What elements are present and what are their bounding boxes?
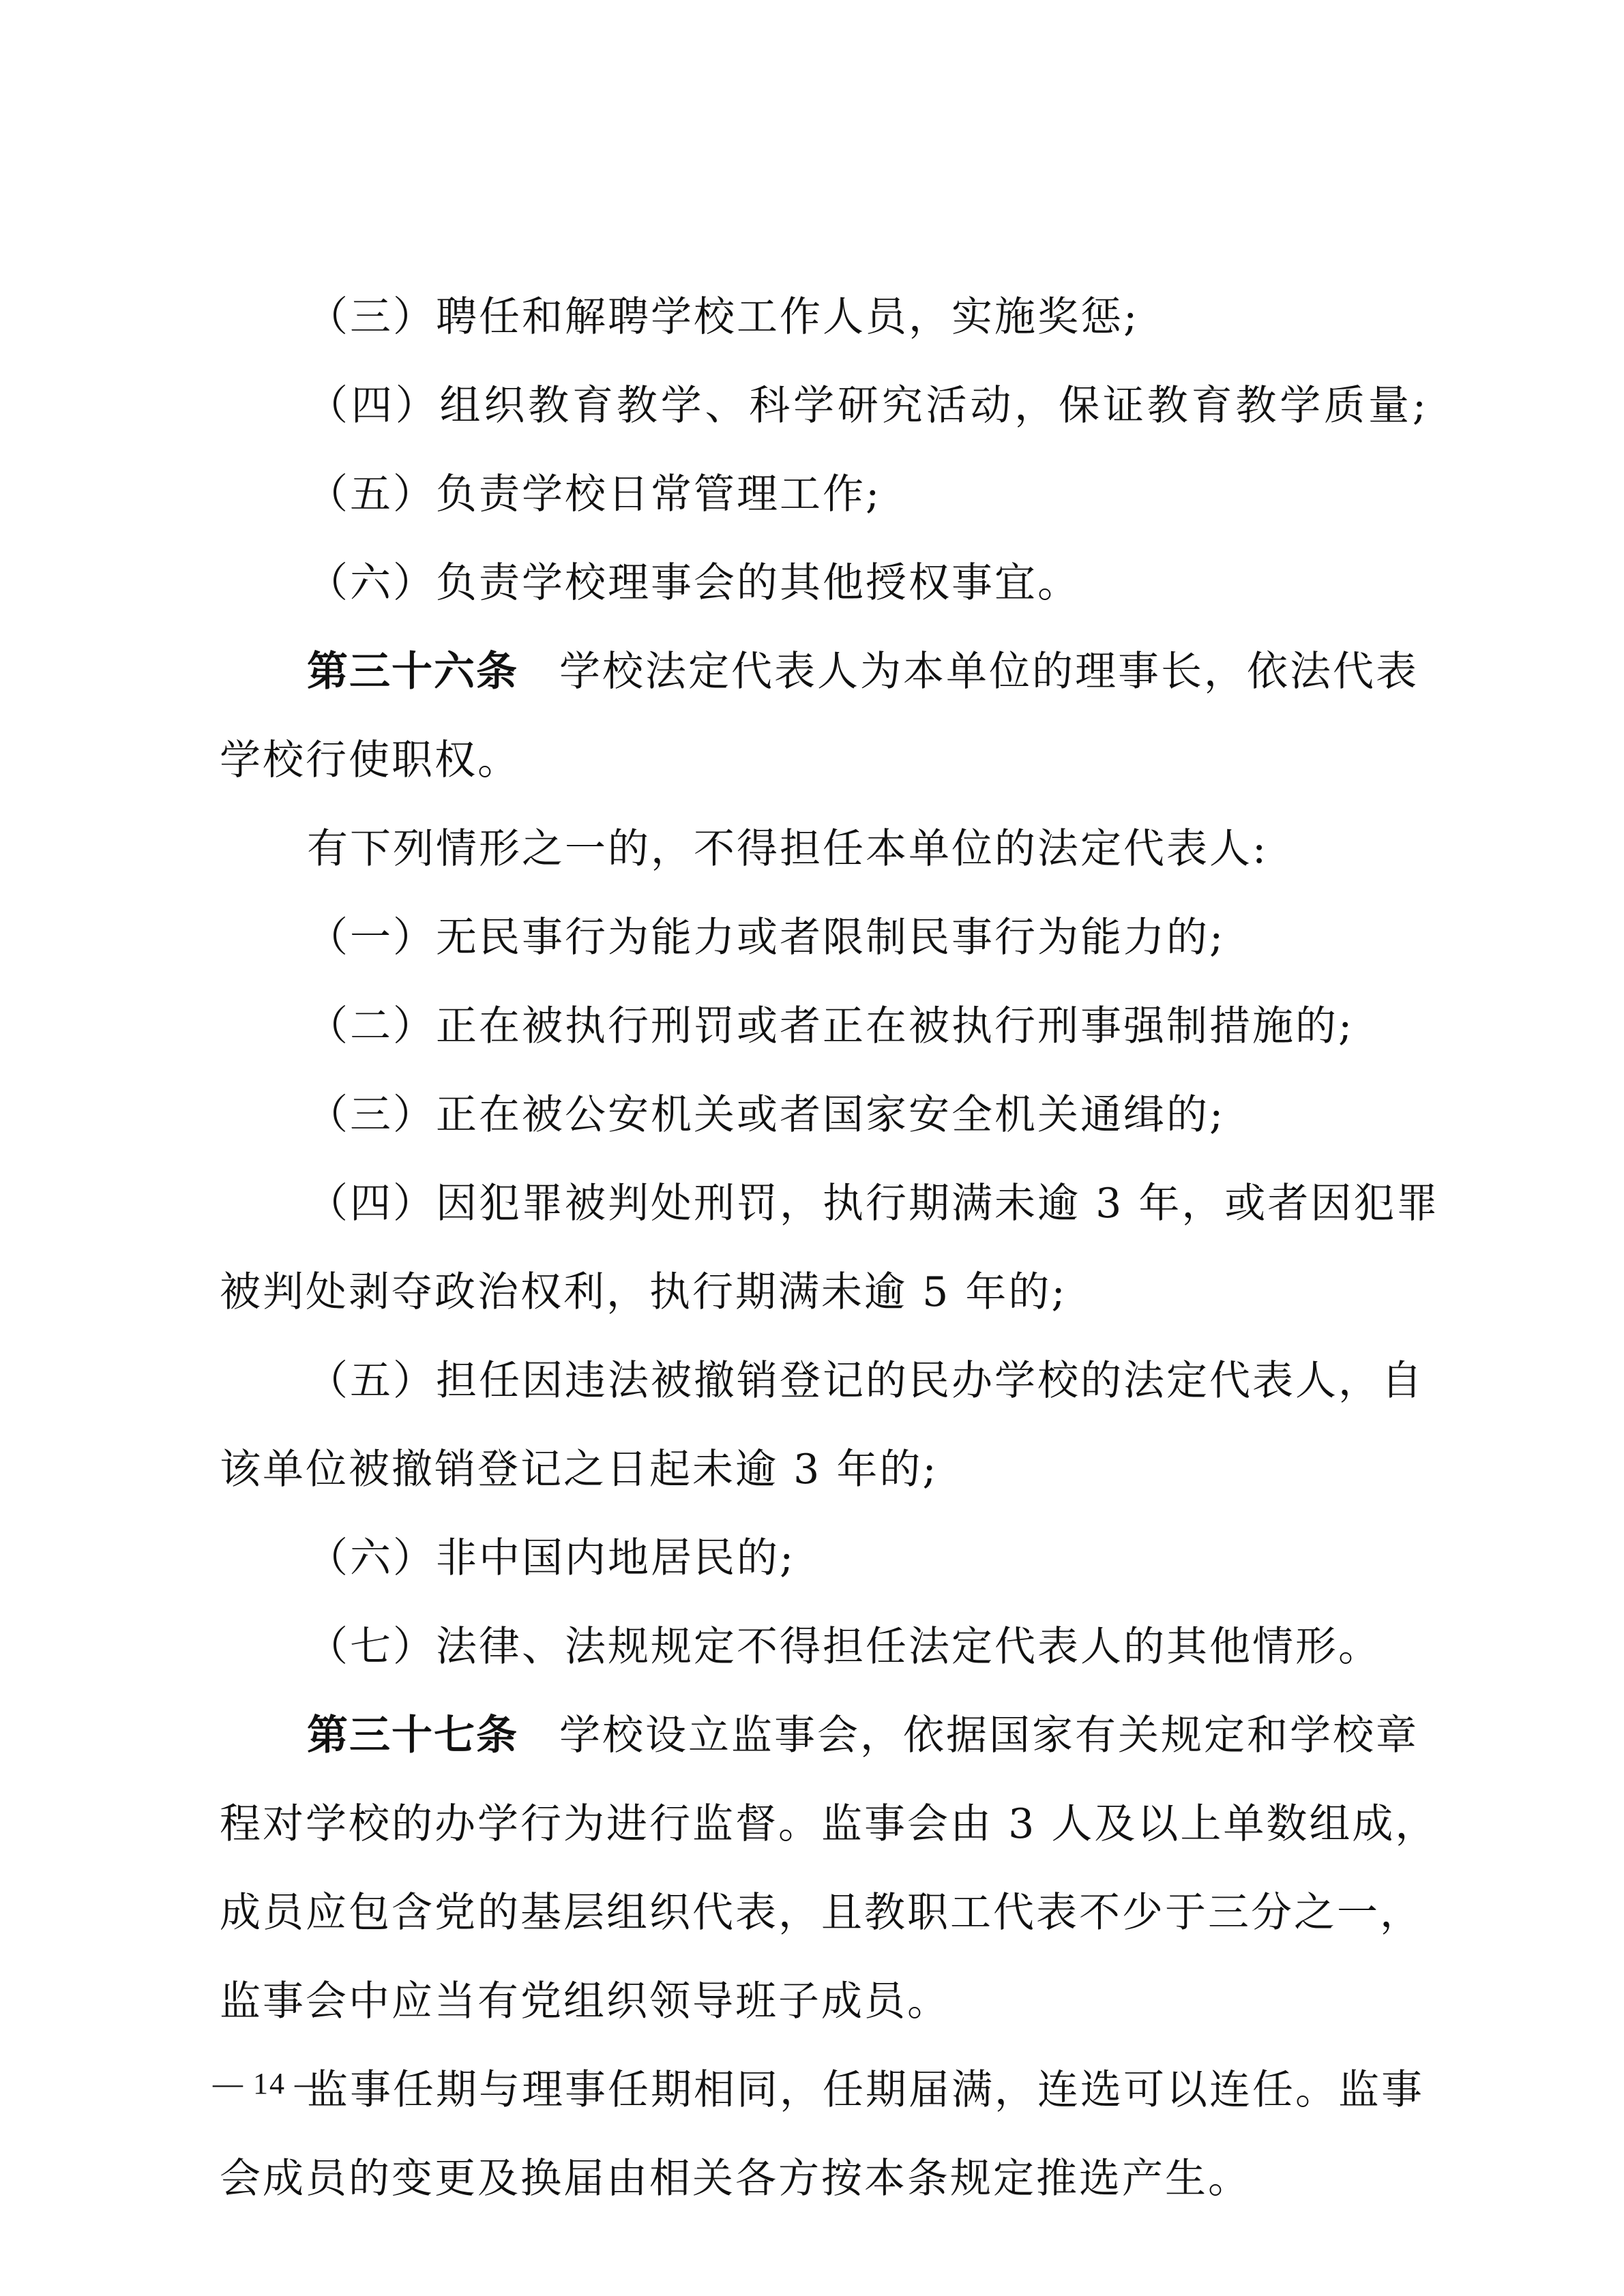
line-text: （五）担任因违法被撤销登记的民办学校的法定代表人，自 <box>307 1357 1424 1405</box>
text-line: （五）负责学校日常管理工作; <box>220 450 1428 539</box>
text-line: 监事任期与理事任期相同，任期届满，连选可以连任。监事 <box>220 2046 1428 2134</box>
line-text: （六）负责学校理事会的其他授权事宜。 <box>307 559 1080 607</box>
line-text: 学校法定代表人为本单位的理事长，依法代表 <box>559 648 1419 696</box>
text-line: 监事会中应当有党组织领导班子成员。 <box>220 1957 1428 2046</box>
article-37-heading-line: 第三十七条学校设立监事会，依据国家有关规定和学校章 <box>220 1691 1428 1780</box>
text-line: （七）法律、法规规定不得担任法定代表人的其他情形。 <box>220 1602 1428 1691</box>
document-page: （三）聘任和解聘学校工作人员，实施奖惩; （四）组织教育教学、科学研究活动，保证… <box>0 0 1624 2296</box>
text-line: 程对学校的办学行为进行监督。监事会由 3 人及以上单数组成， <box>220 1780 1428 1868</box>
line-text: 学校行使职权。 <box>220 736 520 784</box>
line-text: （四）组织教育教学、科学研究活动，保证教育教学质量; <box>307 382 1428 430</box>
page-number: — 14 — <box>213 2066 326 2101</box>
article-number: 第三十六条 <box>307 648 518 696</box>
text-line: （六）非中国内地居民的; <box>220 1514 1428 1602</box>
text-line: 学校行使职权。 <box>220 716 1428 805</box>
line-text: 监事会中应当有党组织领导班子成员。 <box>220 1978 950 2025</box>
line-text: 学校设立监事会，依据国家有关规定和学校章 <box>559 1712 1419 1759</box>
line-text: 有下列情形之一的，不得担任本单位的法定代表人: <box>307 825 1268 873</box>
line-text: （四）因犯罪被判处刑罚，执行期满未逾 3 年，或者因犯罪 <box>307 1180 1439 1227</box>
text-line: （一）无民事行为能力或者限制民事行为能力的; <box>220 893 1428 982</box>
text-line: 被判处剥夺政治权利，执行期满未逾 5 年的; <box>220 1248 1428 1337</box>
text-line: 有下列情形之一的，不得担任本单位的法定代表人: <box>220 805 1428 893</box>
line-text: （六）非中国内地居民的; <box>307 1534 795 1582</box>
line-text: 会成员的变更及换届由相关各方按本条规定推选产生。 <box>220 2155 1251 2203</box>
text-line: （四）组织教育教学、科学研究活动，保证教育教学质量; <box>220 361 1428 450</box>
line-text: 被判处剥夺政治权利，执行期满未逾 5 年的; <box>220 1268 1067 1316</box>
text-line: （三）正在被公安机关或者国家安全机关通缉的; <box>220 1071 1428 1159</box>
line-text: （三）聘任和解聘学校工作人员，实施奖惩; <box>307 293 1139 341</box>
text-line: 该单位被撤销登记之日起未逾 3 年的; <box>220 1425 1428 1514</box>
line-text: （一）无民事行为能力或者限制民事行为能力的; <box>307 914 1225 961</box>
line-text: （二）正在被执行刑罚或者正在被执行刑事强制措施的; <box>307 1002 1354 1050</box>
line-text: （三）正在被公安机关或者国家安全机关通缉的; <box>307 1091 1225 1139</box>
text-line: （二）正在被执行刑罚或者正在被执行刑事强制措施的; <box>220 982 1428 1071</box>
document-body: （三）聘任和解聘学校工作人员，实施奖惩; （四）组织教育教学、科学研究活动，保证… <box>220 273 1428 2223</box>
text-line: 会成员的变更及换届由相关各方按本条规定推选产生。 <box>220 2134 1428 2223</box>
article-36-heading-line: 第三十六条学校法定代表人为本单位的理事长，依法代表 <box>220 627 1428 716</box>
text-line: （四）因犯罪被判处刑罚，执行期满未逾 3 年，或者因犯罪 <box>220 1159 1428 1248</box>
text-line: （六）负责学校理事会的其他授权事宜。 <box>220 539 1428 627</box>
line-text: 该单位被撤销登记之日起未逾 3 年的; <box>220 1446 939 1493</box>
line-text: 程对学校的办学行为进行监督。监事会由 3 人及以上单数组成， <box>220 1800 1438 1848</box>
line-text: 监事任期与理事任期相同，任期届满，连选可以连任。监事 <box>307 2066 1424 2114</box>
text-line: （三）聘任和解聘学校工作人员，实施奖惩; <box>220 273 1428 361</box>
line-text: 成员应包含党的基层组织代表，且教职工代表不少于三分之一， <box>220 1889 1423 1937</box>
text-line: 成员应包含党的基层组织代表，且教职工代表不少于三分之一， <box>220 1868 1428 1957</box>
line-text: （七）法律、法规规定不得担任法定代表人的其他情形。 <box>307 1623 1381 1671</box>
article-number: 第三十七条 <box>307 1712 518 1759</box>
text-line: （五）担任因违法被撤销登记的民办学校的法定代表人，自 <box>220 1337 1428 1425</box>
line-text: （五）负责学校日常管理工作; <box>307 471 881 518</box>
